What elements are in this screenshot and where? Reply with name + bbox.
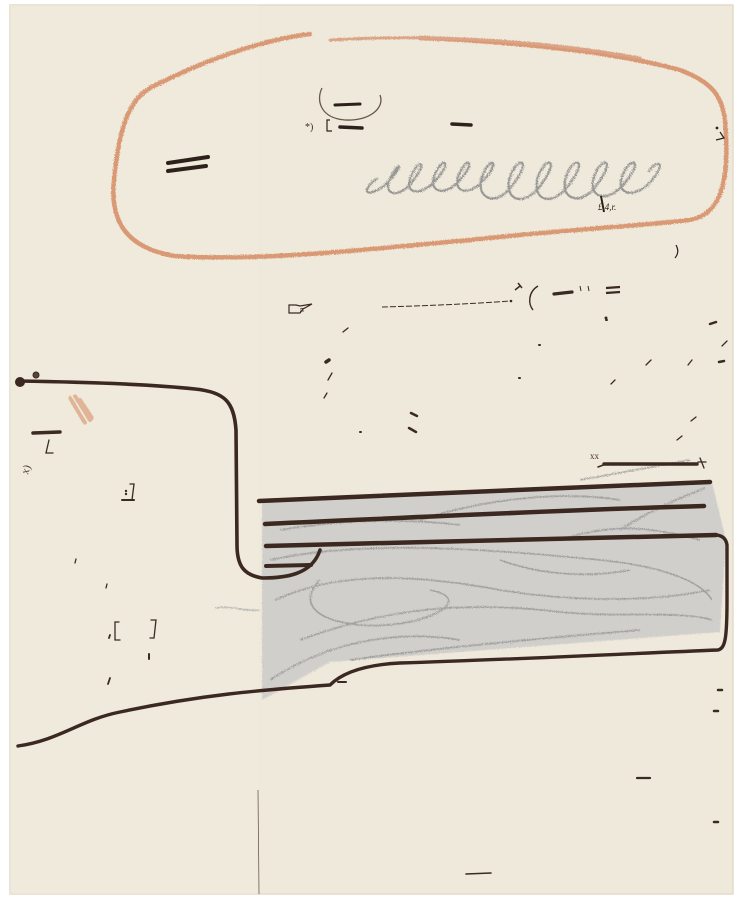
- artwork-canvas: *) £,4,r.: [0, 0, 738, 906]
- xx-mark: xx: [590, 451, 600, 461]
- drawing-svg: *) £,4,r.: [0, 0, 738, 906]
- asterisk-paren-mark: *): [305, 122, 313, 133]
- svg-text:£,4,r.: £,4,r.: [598, 202, 616, 212]
